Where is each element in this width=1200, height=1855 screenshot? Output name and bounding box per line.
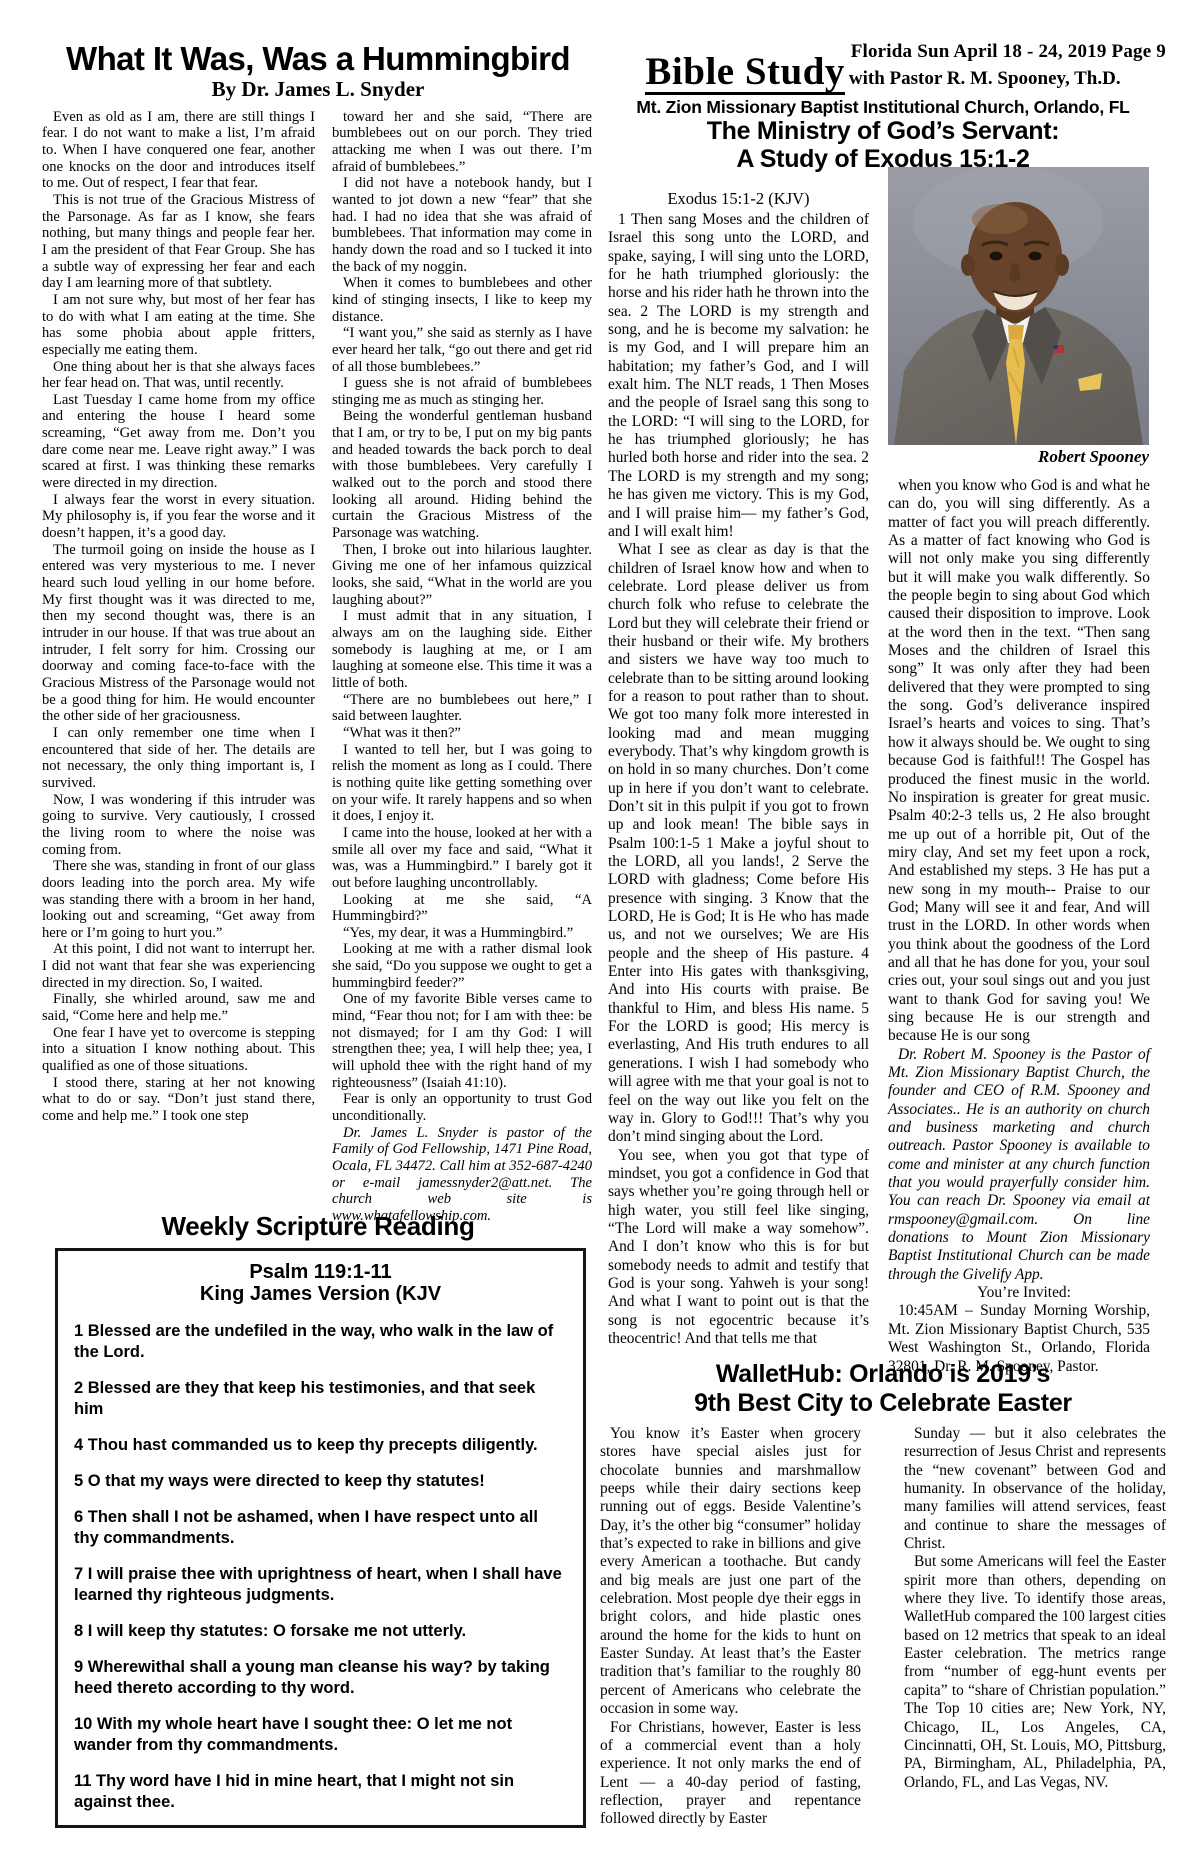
paragraph: “Yes, my dear, it was a Hummingbird.” [332,925,592,942]
verse: 10 With my whole heart have I sought the… [74,1714,567,1756]
bible-study-masthead: Bible Study [645,52,845,95]
paragraph: I always fear the worst in every situati… [42,492,315,542]
verse: 11 Thy word have I hid in mine heart, th… [74,1771,567,1813]
paragraph: Fear is only an opportunity to trust God… [332,1091,592,1124]
author-footer: Dr. James L. Snyder is pastor of the Fam… [332,1125,592,1225]
photo-caption: Robert Spooney [888,447,1149,467]
wallethub-column-2: Sunday — but it also celebrates the resu… [904,1425,1166,1829]
invitation-label: You’re Invited: [888,1284,1150,1302]
bible-study-pastor-credit: with Pastor R. M. Spooney, Th.D. [849,68,1121,89]
wallethub-title: WalletHub: Orlando is 2019’s 9th Best Ci… [600,1360,1166,1417]
paragraph: I guess she is not afraid of bumblebees … [332,375,592,408]
verse: 2 Blessed are they that keep his testimo… [74,1378,567,1420]
wallethub-title-line1: WalletHub: Orlando is 2019’s [716,1360,1050,1388]
hummingbird-columns: Even as old as I am, there are still thi… [42,109,594,1225]
bible-study-header: Bible Study with Pastor R. M. Spooney, T… [600,52,1166,173]
wallethub-column-1: You know it’s Easter when grocery stores… [600,1425,861,1829]
weekly-scripture-section: Weekly Scripture Reading Psalm 119:1-11 … [42,1211,594,1828]
verse: 9 Wherewithal shall a young man cleanse … [74,1657,567,1699]
hummingbird-title: What It Was, Was a Hummingbird [42,42,594,76]
paragraph: I did not have a notebook handy, but I w… [332,175,592,275]
paragraph: I am not sure why, but most of her fear … [42,292,315,359]
paragraph: Even as old as I am, there are still thi… [42,109,315,192]
version-title: King James Version (KJV [74,1283,567,1305]
pastor-bio: Dr. Robert M. Spooney is the Pastor of M… [888,1046,1150,1284]
robert-spooney-photo: Robert Spooney [888,167,1149,467]
verse: 4 Thou hast commanded us to keep thy pre… [74,1435,567,1456]
paragraph: Finally, she whirled around, saw me and … [42,991,315,1024]
paragraph: One fear I have yet to overcome is stepp… [42,1025,315,1075]
paragraph: For Christians, however, Easter is less … [600,1719,861,1829]
paragraph: One of my favorite Bible verses came to … [332,991,592,1091]
bible-study-masthead-line: Bible Study with Pastor R. M. Spooney, T… [600,52,1166,95]
scripture-box: Psalm 119:1-11 King James Version (KJV 1… [55,1248,586,1828]
hummingbird-column-1: Even as old as I am, there are still thi… [42,109,315,1225]
paragraph: “There are no bumblebees out here,” I sa… [332,692,592,725]
paragraph: This is not true of the Gracious Mistres… [42,192,315,292]
paragraph: You know it’s Easter when grocery stores… [600,1425,861,1719]
church-line: Mt. Zion Missionary Baptist Institutiona… [600,97,1166,118]
paragraph: toward her and she said, “There are bumb… [332,109,592,176]
paragraph: You see, when you got that type of minds… [608,1147,869,1349]
paragraph: 1 Then sang Moses and the children of Is… [608,211,869,541]
article-wallethub: WalletHub: Orlando is 2019’s 9th Best Ci… [600,1360,1166,1829]
paragraph: “What was it then?” [332,725,592,742]
paragraph: One thing about her is that she always f… [42,359,315,392]
weekly-scripture-header: Weekly Scripture Reading [42,1211,594,1242]
paragraph: At this point, I did not want to interru… [42,941,315,991]
scripture-reference-heading: Exodus 15:1-2 (KJV) [608,189,869,209]
newspaper-page: Florida Sun April 18 - 24, 2019 Page 9 W… [0,0,1200,1855]
verse: 5 O that my ways were directed to keep t… [74,1471,567,1492]
paragraph: I wanted to tell her, but I was going to… [332,742,592,825]
verse: 7 I will praise thee with uprightness of… [74,1564,567,1606]
paragraph: There she was, standing in front of our … [42,858,315,941]
bible-study-column-2: when you know who God is and what he can… [888,477,1150,1376]
paragraph: I can only remember one time when I enco… [42,725,315,792]
paragraph: Being the wonderful gentleman husband th… [332,408,592,541]
paragraph: Sunday — but it also celebrates the resu… [904,1425,1166,1553]
wallethub-columns: You know it’s Easter when grocery stores… [600,1425,1166,1829]
article-hummingbird: What It Was, Was a Hummingbird By Dr. Ja… [42,42,594,1225]
portrait-illustration [888,167,1149,445]
paragraph: I must admit that in any situation, I al… [332,608,592,691]
paragraph: Last Tuesday I came home from my office … [42,392,315,492]
psalm-title: Psalm 119:1-11 [74,1261,567,1283]
paragraph: The turmoil going on inside the house as… [42,542,315,725]
paragraph: Looking at me she said, “A Hummingbird?” [332,892,592,925]
paragraph: What I see as clear as day is that the c… [608,541,869,1146]
bible-study-column-1: Exodus 15:1-2 (KJV) 1 Then sang Moses an… [608,189,869,1348]
verse: 1 Blessed are the undefiled in the way, … [74,1321,567,1363]
paragraph: Now, I was wondering if this intruder wa… [42,792,315,859]
paragraph: “I want you,” she said as sternly as I h… [332,325,592,375]
paragraph: I stood there, staring at her not knowin… [42,1075,315,1125]
paragraph: Then, I broke out into hilarious laughte… [332,542,592,609]
paragraph: I came into the house, looked at her wit… [332,825,592,892]
wallethub-title-line2: 9th Best City to Celebrate Easter [694,1389,1072,1417]
paragraph: when you know who God is and what he can… [888,477,1150,1046]
hummingbird-column-2: toward her and she said, “There are bumb… [332,109,592,1225]
verse: 8 I will keep thy statutes: O forsake me… [74,1621,567,1642]
paragraph: Looking at me with a rather dismal look … [332,941,592,991]
paragraph: But some Americans will feel the Easter … [904,1553,1166,1791]
sermon-title-line1: The Ministry of God’s Servant: [600,118,1166,146]
paragraph: When it comes to bumblebees and other ki… [332,275,592,325]
hummingbird-byline: By Dr. James L. Snyder [42,77,594,102]
verse: 6 Then shall I not be ashamed, when I ha… [74,1507,567,1549]
